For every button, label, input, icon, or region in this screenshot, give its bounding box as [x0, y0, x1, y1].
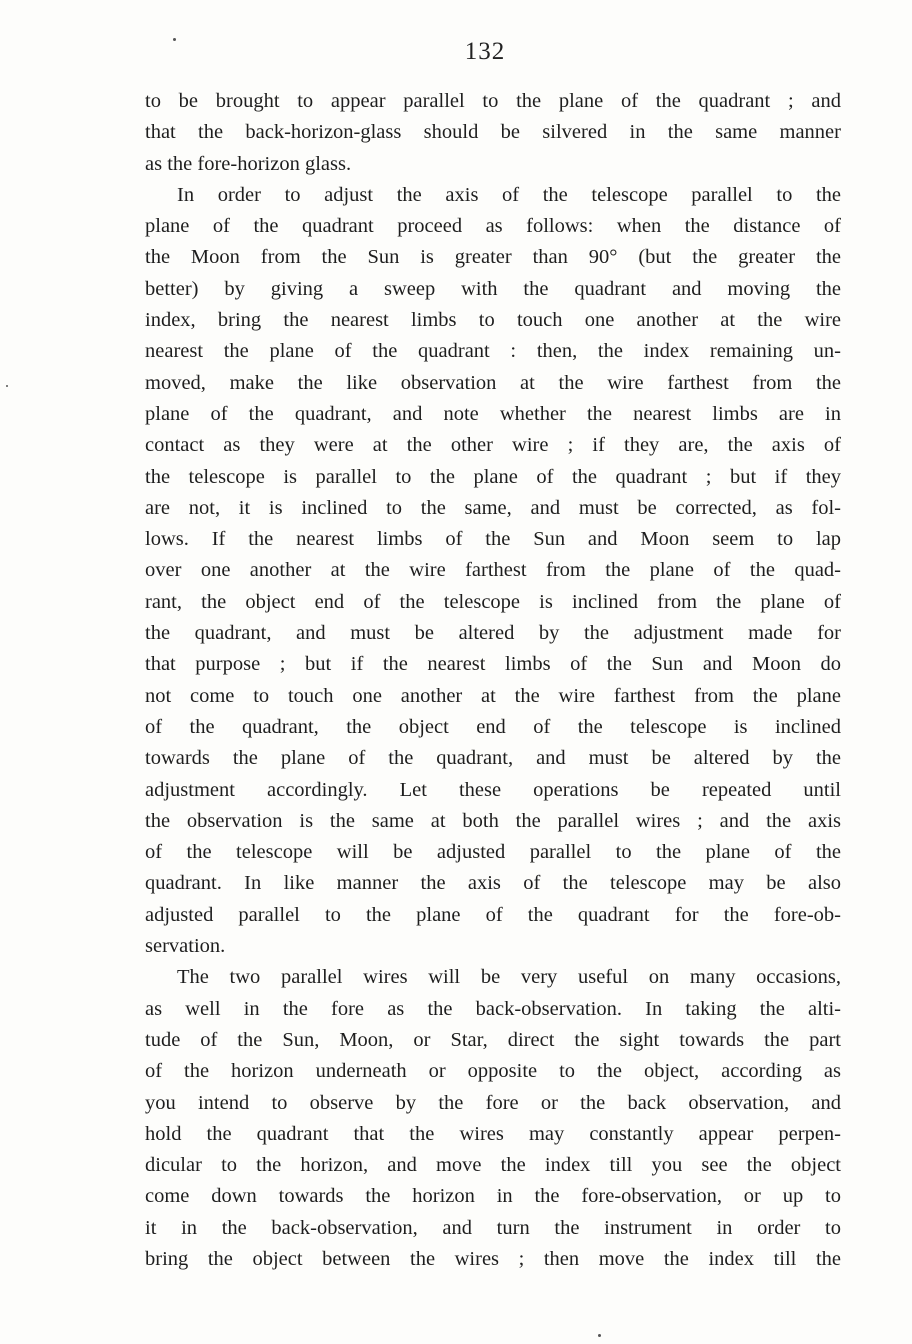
speck: [6, 385, 8, 387]
text-line: as well in the fore as the back-observat…: [145, 994, 841, 1025]
text-line: that purpose ; but if the nearest limbs …: [145, 649, 841, 680]
text-line: come down towards the horizon in the for…: [145, 1181, 841, 1212]
text-line: of the quadrant, the object end of the t…: [145, 712, 841, 743]
text-line: bring the object between the wires ; the…: [145, 1244, 841, 1275]
text-line: the quadrant, and must be altered by the…: [145, 618, 841, 649]
speck: [598, 1334, 601, 1337]
text-line: as the fore-horizon glass.: [145, 149, 841, 180]
page-number: 132: [0, 38, 912, 66]
text-line: towards the plane of the quadrant, and m…: [145, 743, 841, 774]
text-line: servation.: [145, 931, 841, 962]
text-line: the observation is the same at both the …: [145, 806, 841, 837]
text-line: tude of the Sun, Moon, or Star, direct t…: [145, 1025, 841, 1056]
text-line: plane of the quadrant, and note whether …: [145, 399, 841, 430]
text-line: moved, make the like observation at the …: [145, 368, 841, 399]
text-line: nearest the plane of the quadrant : then…: [145, 336, 841, 367]
text-line: are not, it is inclined to the same, and…: [145, 493, 841, 524]
text-line: plane of the quadrant proceed as follows…: [145, 211, 841, 242]
text-line: adjusted parallel to the plane of the qu…: [145, 900, 841, 931]
text-line: it in the back-observation, and turn the…: [145, 1213, 841, 1244]
text-line: to be brought to appear parallel to the …: [145, 86, 841, 117]
text-line: index, bring the nearest limbs to touch …: [145, 305, 841, 336]
text-line: not come to touch one another at the wir…: [145, 681, 841, 712]
text-line: of the horizon underneath or opposite to…: [145, 1056, 841, 1087]
text-line: hold the quadrant that the wires may con…: [145, 1119, 841, 1150]
text-line: better) by giving a sweep with the quadr…: [145, 274, 841, 305]
text-line: contact as they were at the other wire ;…: [145, 430, 841, 461]
text-line: adjustment accordingly. Let these operat…: [145, 775, 841, 806]
text-line: rant, the object end of the telescope is…: [145, 587, 841, 618]
text-line: you intend to observe by the fore or the…: [145, 1088, 841, 1119]
text-line: In order to adjust the axis of the teles…: [145, 180, 841, 211]
text-line: The two parallel wires will be very usef…: [145, 962, 841, 993]
text-line: the Moon from the Sun is greater than 90…: [145, 242, 841, 273]
text-line: lows. If the nearest limbs of the Sun an…: [145, 524, 841, 555]
body-text: to be brought to appear parallel to the …: [145, 86, 841, 1275]
text-line: that the back-horizon-glass should be si…: [145, 117, 841, 148]
text-line: of the telescope will be adjusted parall…: [145, 837, 841, 868]
text-line: quadrant. In like manner the axis of the…: [145, 868, 841, 899]
text-line: over one another at the wire farthest fr…: [145, 555, 841, 586]
text-line: the telescope is parallel to the plane o…: [145, 462, 841, 493]
text-line: dicular to the horizon, and move the ind…: [145, 1150, 841, 1181]
